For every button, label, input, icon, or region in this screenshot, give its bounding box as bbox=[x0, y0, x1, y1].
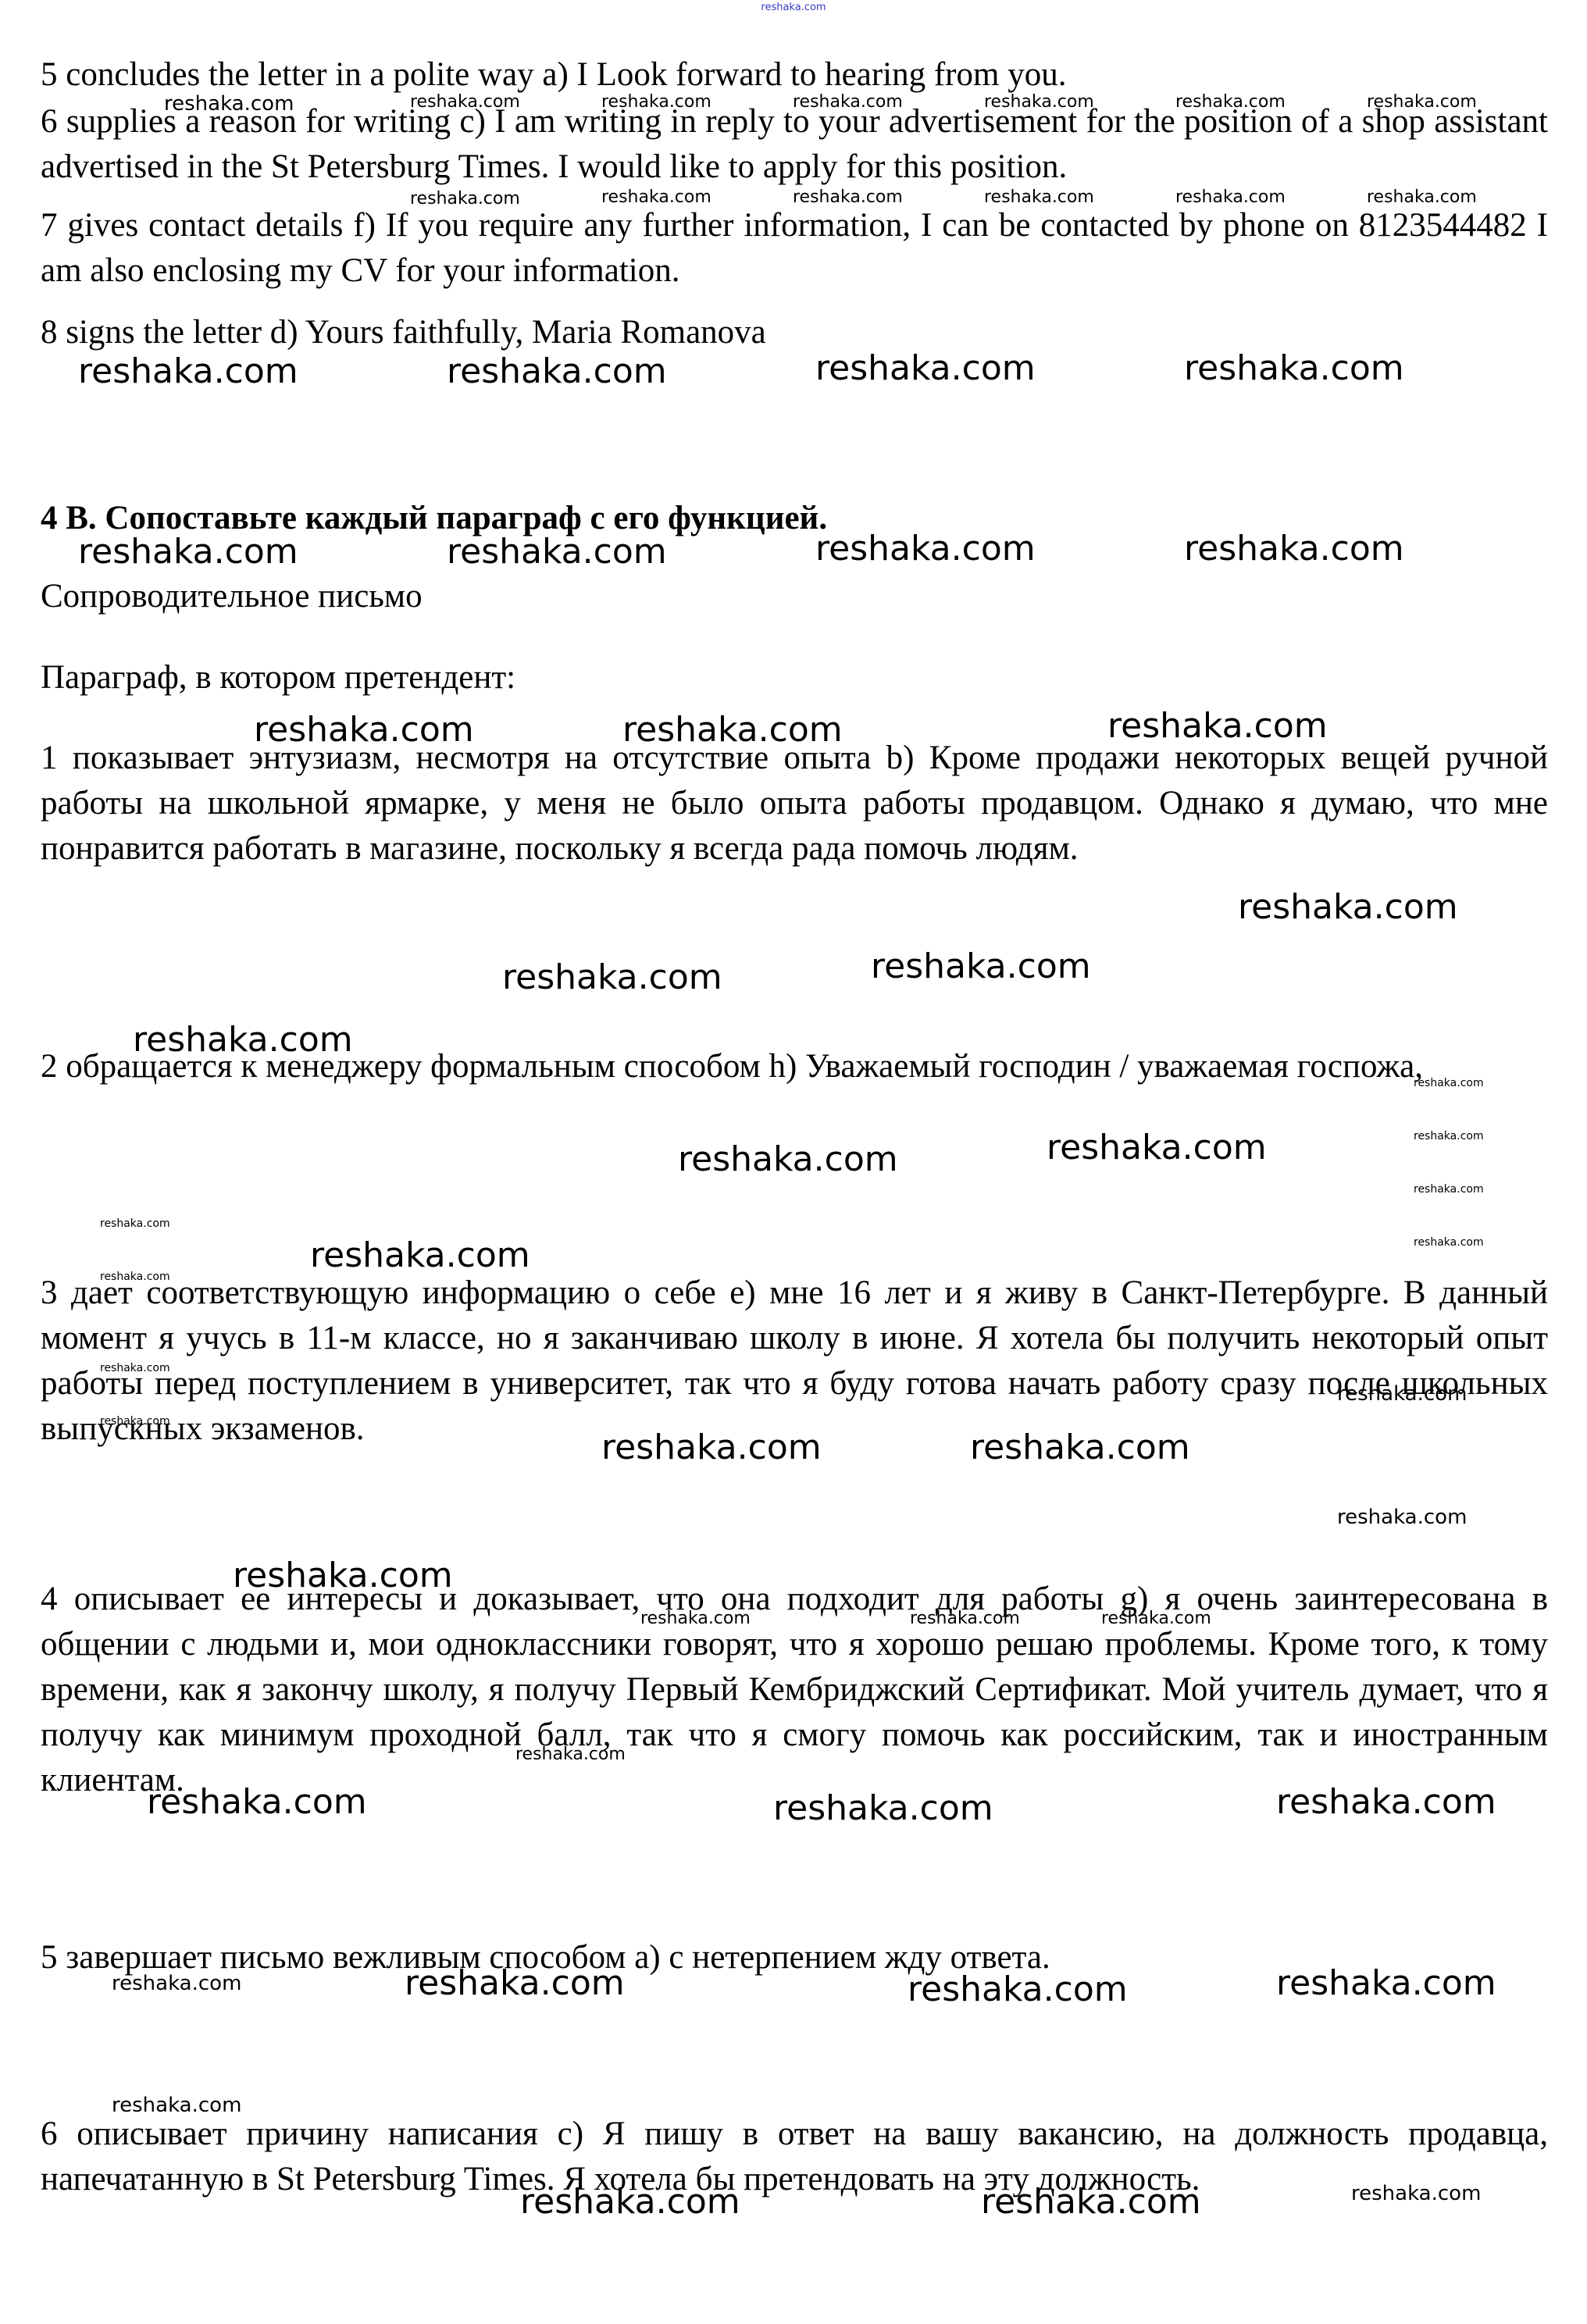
watermark: reshaka.com bbox=[100, 1271, 170, 1282]
watermark: reshaka.com bbox=[405, 1966, 625, 2001]
watermark: reshaka.com bbox=[678, 1142, 898, 1177]
watermark: reshaka.com bbox=[78, 355, 298, 389]
watermark: reshaka.com bbox=[410, 191, 520, 208]
watermark: reshaka.com bbox=[447, 355, 667, 389]
russian-item-6: 6 описывает причину написания c) Я пишу … bbox=[41, 2112, 1548, 2202]
watermark: reshaka.com bbox=[310, 1239, 530, 1273]
site-link[interactable]: reshaka.com bbox=[0, 2, 1587, 13]
section-intro: Параграф, в котором претендент: bbox=[41, 661, 515, 694]
watermark: reshaka.com bbox=[112, 1973, 241, 1994]
section-subtitle: Сопроводительное письмо bbox=[41, 579, 423, 613]
watermark: reshaka.com bbox=[100, 1363, 170, 1374]
watermark: reshaka.com bbox=[254, 713, 474, 747]
watermark: reshaka.com bbox=[410, 94, 520, 111]
watermark: reshaka.com bbox=[793, 94, 903, 111]
watermark: reshaka.com bbox=[984, 94, 1094, 111]
section-title: 4 B. Сопоставьте каждый параграф с его ф… bbox=[41, 501, 827, 535]
watermark: reshaka.com bbox=[112, 2095, 241, 2115]
watermark: reshaka.com bbox=[502, 961, 722, 995]
watermark: reshaka.com bbox=[871, 950, 1091, 984]
watermark: reshaka.com bbox=[601, 1431, 822, 1465]
watermark: reshaka.com bbox=[100, 1218, 170, 1229]
watermark: reshaka.com bbox=[1367, 94, 1477, 111]
english-item-8: 8 signs the letter d) Yours faithfully, … bbox=[41, 315, 766, 349]
watermark: reshaka.com bbox=[1414, 1078, 1484, 1089]
watermark: reshaka.com bbox=[78, 535, 298, 569]
watermark: reshaka.com bbox=[1414, 1184, 1484, 1195]
watermark: reshaka.com bbox=[640, 1610, 751, 1627]
watermark: reshaka.com bbox=[1276, 1966, 1496, 2001]
watermark: reshaka.com bbox=[164, 94, 294, 114]
watermark: reshaka.com bbox=[981, 2185, 1201, 2219]
watermark: reshaka.com bbox=[100, 1416, 170, 1427]
watermark: reshaka.com bbox=[1367, 189, 1477, 206]
watermark: reshaka.com bbox=[622, 713, 843, 747]
watermark: reshaka.com bbox=[984, 189, 1094, 206]
watermark: reshaka.com bbox=[908, 1973, 1128, 2007]
watermark: reshaka.com bbox=[815, 532, 1036, 566]
russian-item-4: 4 описывает ее интересы и доказывает, чт… bbox=[41, 1577, 1548, 1803]
watermark: reshaka.com bbox=[520, 2185, 740, 2219]
watermark: reshaka.com bbox=[1238, 890, 1458, 925]
english-item-7: 7 gives contact details f) If you requir… bbox=[41, 203, 1548, 294]
watermark: reshaka.com bbox=[815, 351, 1036, 386]
watermark: reshaka.com bbox=[1184, 532, 1404, 566]
russian-item-1: 1 показывает энтузиазм, несмотря на отсу… bbox=[41, 736, 1548, 871]
watermark: reshaka.com bbox=[1175, 189, 1286, 206]
watermark: reshaka.com bbox=[793, 189, 903, 206]
watermark: reshaka.com bbox=[1337, 1507, 1467, 1527]
watermark: reshaka.com bbox=[1175, 94, 1286, 111]
watermark: reshaka.com bbox=[773, 1791, 993, 1826]
watermark: reshaka.com bbox=[910, 1610, 1020, 1627]
english-item-5: 5 concludes the letter in a polite way a… bbox=[41, 58, 1066, 91]
watermark: reshaka.com bbox=[515, 1746, 626, 1763]
watermark: reshaka.com bbox=[601, 189, 711, 206]
watermark: reshaka.com bbox=[601, 94, 711, 111]
watermark: reshaka.com bbox=[1351, 2183, 1481, 2204]
russian-item-3: 3 дает соответствующую информацию о себе… bbox=[41, 1271, 1548, 1452]
watermark: reshaka.com bbox=[447, 535, 667, 569]
watermark: reshaka.com bbox=[970, 1431, 1190, 1465]
watermark: reshaka.com bbox=[133, 1023, 353, 1057]
watermark: reshaka.com bbox=[147, 1785, 367, 1820]
watermark: reshaka.com bbox=[1414, 1237, 1484, 1248]
watermark: reshaka.com bbox=[1101, 1610, 1211, 1627]
watermark: reshaka.com bbox=[1414, 1131, 1484, 1142]
watermark: reshaka.com bbox=[1107, 709, 1328, 743]
watermark: reshaka.com bbox=[1184, 351, 1404, 386]
watermark: reshaka.com bbox=[1276, 1785, 1496, 1820]
watermark: reshaka.com bbox=[1047, 1131, 1267, 1165]
watermark: reshaka.com bbox=[233, 1559, 453, 1593]
watermark: reshaka.com bbox=[1337, 1384, 1467, 1404]
